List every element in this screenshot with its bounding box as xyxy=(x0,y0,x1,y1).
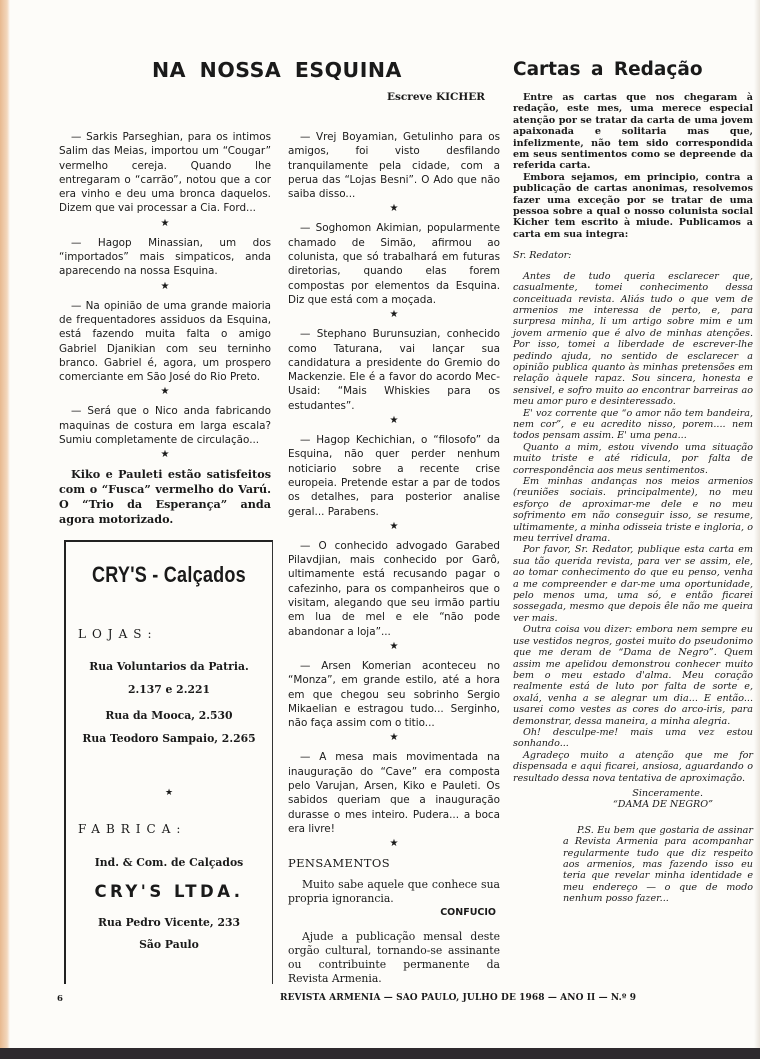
gossip-item: — Hagop Kechichian, o “filosofo” da Esqu… xyxy=(288,433,500,519)
column-title-cartas-a-redacao: Cartas a Redação xyxy=(513,59,703,80)
letter-paragraph: Oh! desculpe-me! mais uma vez estou sonh… xyxy=(513,727,753,750)
letter-closing: Sinceramente. xyxy=(513,788,703,799)
page-number: 6 xyxy=(57,994,63,1004)
ad-factory-label: FABRICA: xyxy=(78,822,186,836)
star-separator-icon: ★ xyxy=(288,731,500,745)
ad-star-icon: ★ xyxy=(66,787,272,798)
pensamentos-title: PENSAMENTOS xyxy=(288,856,500,870)
star-separator-icon: ★ xyxy=(59,217,271,231)
gossip-item: — Na opinião de uma grande maioria de fr… xyxy=(59,299,271,385)
ad-store-line: Rua da Mooca, 2.530 xyxy=(66,709,272,722)
ad-store-line: Rua Voluntarios da Patria. xyxy=(66,660,272,673)
letters-column: Entre as cartas que nos chegaram à redaç… xyxy=(513,92,753,905)
byline: Escreve KICHER xyxy=(387,91,485,103)
ad-store-line: 2.137 e 2.221 xyxy=(66,683,272,696)
gossip-item: — Hagop Minassian, um dos “importados” m… xyxy=(59,236,271,279)
star-separator-icon: ★ xyxy=(288,520,500,534)
letter-paragraph: Quanto a mim, estou vivendo uma situação… xyxy=(513,442,753,476)
gossip-column-1: — Sarkis Parseghian, para os intimos Sal… xyxy=(59,130,271,527)
gossip-item: — Será que o Nico anda fabricando maquin… xyxy=(59,404,271,447)
star-separator-icon: ★ xyxy=(288,837,500,851)
magazine-page: NA NOSSA ESQUINA Escreve KICHER Cartas a… xyxy=(0,0,760,1048)
reader-letter: Sr. Redator: Antes de tudo queria esclar… xyxy=(513,250,753,904)
star-separator-icon: ★ xyxy=(288,308,500,322)
letter-paragraph: Em minhas andanças nos meios armenios (r… xyxy=(513,476,753,544)
pensamentos-quote: Muito sabe aquele que conhece sua propri… xyxy=(288,878,500,906)
ad-factory-name: CRY'S LTDA. xyxy=(66,882,272,901)
ad-factory-address: Rua Pedro Vicente, 233 xyxy=(66,916,272,929)
star-separator-icon: ★ xyxy=(288,414,500,428)
crys-calcados-advertisement: CRY'S - Calçados LOJAS: Rua Voluntarios … xyxy=(64,540,273,984)
star-separator-icon: ★ xyxy=(288,202,500,216)
star-separator-icon: ★ xyxy=(59,448,271,462)
letter-salutation: Sr. Redator: xyxy=(513,250,753,261)
gossip-item: — A mesa mais movimentada na inauguração… xyxy=(288,750,500,836)
pensamentos-author: CONFUCIO xyxy=(288,906,496,920)
column-title-na-nossa-esquina: NA NOSSA ESQUINA xyxy=(152,58,402,82)
subscription-appeal: Ajude a publicação mensal deste orgão cu… xyxy=(288,930,500,986)
gossip-item: — O conhecido advogado Garabed Pilavdjia… xyxy=(288,539,500,639)
page-edge-left xyxy=(0,0,10,1048)
gossip-column-2: — Vrej Boyamian, Getulinho para os amigo… xyxy=(288,130,500,986)
letter-paragraph: E' voz corrente que “o amor não tem band… xyxy=(513,408,753,442)
letter-paragraph: Por favor, Sr. Redator, publique esta ca… xyxy=(513,544,753,624)
ad-stores-label: LOJAS: xyxy=(78,627,158,641)
gossip-item-highlight: Kiko e Pauleti estão satisfeitos com o “… xyxy=(59,467,271,526)
publication-footer: REVISTA ARMENIA — SAO PAULO, JULHO DE 19… xyxy=(280,993,636,1003)
star-separator-icon: ★ xyxy=(59,385,271,399)
page-edge-right xyxy=(754,0,760,1048)
ad-factory-city: São Paulo xyxy=(66,938,272,951)
intro-paragraph: Entre as cartas que nos chegaram à redaç… xyxy=(513,92,753,172)
gossip-item: — Vrej Boyamian, Getulinho para os amigo… xyxy=(288,130,500,201)
letter-signature: “DAMA DE NEGRO” xyxy=(513,799,713,810)
gossip-item: — Arsen Komerian aconteceu no “Monza”, e… xyxy=(288,659,500,730)
pensamentos-section: PENSAMENTOS Muito sabe aquele que conhec… xyxy=(288,856,500,986)
ad-store-line: Rua Teodoro Sampaio, 2.265 xyxy=(66,732,272,745)
gossip-item: — Stephano Burunsuzian, conhecido como T… xyxy=(288,327,500,413)
letters-intro: Entre as cartas que nos chegaram à redaç… xyxy=(513,92,753,240)
ad-title: CRY'S - Calçados xyxy=(85,562,254,588)
gossip-item: — Soghomon Akimian, popularmente chamado… xyxy=(288,221,500,307)
letter-paragraph: Antes de tudo queria esclarecer que, cas… xyxy=(513,271,753,408)
letter-paragraph: Outra coisa vou dizer: embora nem sempre… xyxy=(513,624,753,727)
intro-paragraph: Embora sejamos, em principio, contra a p… xyxy=(513,172,753,240)
star-separator-icon: ★ xyxy=(288,640,500,654)
letter-paragraph: Agradeço muito a atenção que me for disp… xyxy=(513,750,753,784)
gossip-item: — Sarkis Parseghian, para os intimos Sal… xyxy=(59,130,271,216)
star-separator-icon: ★ xyxy=(59,280,271,294)
letter-postscript: P.S. Eu bem que gostaria de assinar a Re… xyxy=(563,825,753,905)
ad-factory-type: Ind. & Com. de Calçados xyxy=(66,856,272,869)
